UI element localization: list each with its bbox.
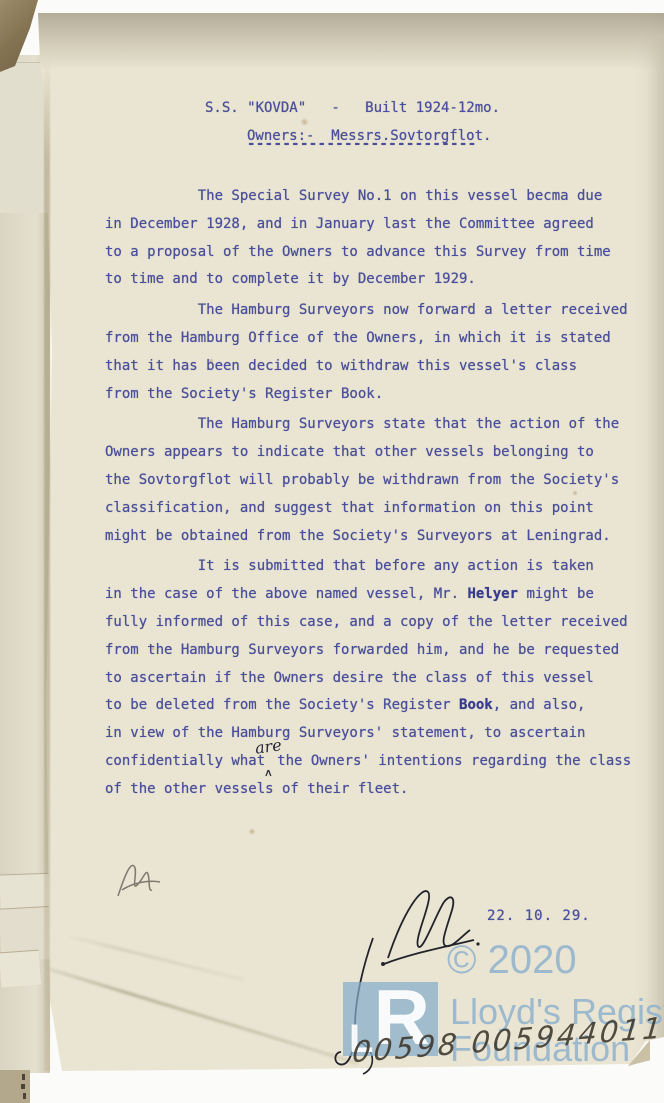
typed-line: The Special Survey No.1 on this vessel b…	[105, 183, 650, 211]
typed-line: that it has been decided to withdraw thi…	[105, 353, 650, 381]
typed-line: to be deleted from the Society's Registe…	[105, 692, 650, 720]
typed-line: It is submitted that before any action i…	[105, 553, 650, 581]
typed-line: in December 1928, and in January last th…	[105, 211, 650, 239]
paragraph: The Special Survey No.1 on this vessel b…	[105, 183, 650, 294]
vessel-title: S.S. "KOVDA" - Built 1924-12mo.	[205, 95, 500, 123]
paper-crease	[69, 935, 244, 981]
typed-line: to ascertain if the Owners desire the cl…	[105, 665, 650, 693]
typed-line: fully informed of this case, and a copy …	[105, 609, 650, 637]
typed-line: of the other vessels of their fleet.	[105, 776, 650, 804]
header-underline: --------------------------	[247, 134, 477, 154]
typed-line: classification, and suggest that informa…	[105, 495, 650, 523]
typed-line: the Sovtorgflot will probably be withdra…	[105, 467, 650, 495]
typed-line: confidentially whatareʌthe Owners' inten…	[105, 748, 650, 776]
typed-line: Owners appears to indicate that other ve…	[105, 439, 650, 467]
typed-date: 22. 10. 29.	[487, 908, 591, 924]
typed-line: from the Hamburg Surveyors forwarded him…	[105, 637, 650, 665]
typed-line: to time and to complete it by December 1…	[105, 266, 650, 294]
typed-line: from the Hamburg Office of the Owners, i…	[105, 325, 650, 353]
paragraph: The Hamburg Surveyors now forward a lett…	[105, 297, 650, 408]
typed-line: to a proposal of the Owners to advance t…	[105, 239, 650, 267]
typed-line: in the case of the above named vessel, M…	[105, 581, 650, 609]
page-top-shadow	[38, 13, 664, 70]
underlying-page-step	[0, 951, 41, 988]
bottom-left-paper-scrap	[0, 1070, 30, 1103]
foxing-spot	[248, 828, 256, 835]
handwritten-insertion: are	[253, 731, 283, 762]
typed-line: from the Society's Register Book.	[105, 381, 650, 409]
paper-crease	[27, 961, 358, 1065]
scanned-document: S.S. "KOVDA" - Built 1924-12mo. Owners:-…	[0, 0, 664, 1103]
paragraph: It is submitted that before any action i…	[105, 553, 650, 803]
document-body: The Special Survey No.1 on this vessel b…	[105, 183, 650, 804]
typed-line: might be obtained from the Society's Sur…	[105, 523, 650, 551]
typed-line: The Hamburg Surveyors now forward a lett…	[105, 297, 650, 325]
paragraph: The Hamburg Surveyors state that the act…	[105, 411, 650, 550]
typed-line: The Hamburg Surveyors state that the act…	[105, 411, 650, 439]
typed-line: in view of the Hamburg Surveyors' statem…	[105, 720, 650, 748]
insertion-caret: areʌ	[265, 764, 277, 765]
page-left-edge-seam	[44, 58, 50, 1071]
